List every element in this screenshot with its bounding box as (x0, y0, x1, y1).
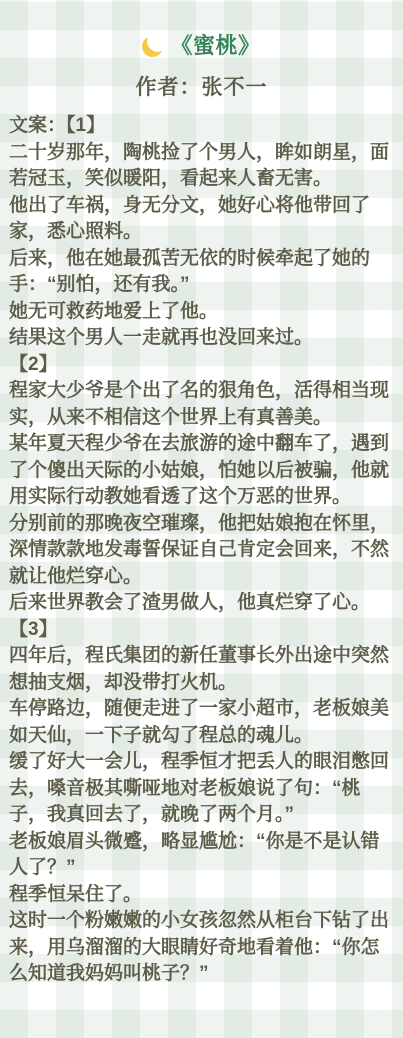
synopsis-paragraph: 分别前的那晚夜空璀璨，他把姑娘抱在怀里，深情款款地发毒誓保证自己肯定会回来，不然… (9, 511, 397, 591)
story-body: 文案：【1】 二十岁那年，陶桃捡了个男人，眸如朗星，面若冠玉，笑似暖阳，看起来人… (0, 113, 403, 988)
synopsis-paragraph: 文案：【1】 (9, 113, 397, 140)
synopsis-paragraph: 她无可救药地爱上了他。 (9, 299, 397, 326)
crescent-moon-icon (141, 34, 166, 59)
synopsis-paragraph: 结果这个男人一走就再也没回来过。 (9, 325, 397, 352)
author-line: 作者：张不一 (0, 74, 403, 102)
synopsis-paragraph: 某年夏天程少爷在去旅游的途中翻车了，遇到了个傻出天际的小姑娘，怕她以后被骗，他就… (9, 431, 397, 511)
synopsis-paragraph: 后来，他在她最孤苦无依的时候牵起了她的手：“别怕，还有我。” (9, 246, 397, 299)
synopsis-paragraph: 四年后，程氏集团的新任董事长外出途中突然想抽支烟，却没带打火机。 (9, 643, 397, 696)
story-page: 《蜜桃》 作者：张不一 文案：【1】 二十岁那年，陶桃捡了个男人，眸如朗星，面若… (0, 0, 403, 1038)
synopsis-paragraph: 他出了车祸，身无分文，她好心将他带回了家，悉心照料。 (9, 193, 397, 246)
synopsis-paragraph: 程家大少爷是个出了名的狠角色，活得相当现实，从来不相信这个世界上有真善美。 (9, 378, 397, 431)
novel-synopsis-page: { "theme": { "background_base": "#ffffff… (0, 0, 403, 1038)
synopsis-paragraph: 后来世界教会了渣男做人，他真烂穿了心。 (9, 590, 397, 617)
synopsis-paragraph: 缓了好大一会儿，程季恒才把丢人的眼泪憋回去，嗓音极其嘶哑地对老板娘说了句：“桃子… (9, 749, 397, 829)
synopsis-paragraph: 程季恒呆住了。 (9, 882, 397, 909)
section-marker: 【3】 (9, 617, 397, 644)
title-text: 《蜜桃》 (170, 33, 260, 58)
section-marker: 【2】 (9, 352, 397, 379)
page-title: 《蜜桃》 (0, 31, 403, 61)
synopsis-paragraph: 老板娘眉头微蹙，略显尴尬：“你是不是认错人了？” (9, 829, 397, 882)
synopsis-paragraph: 二十岁那年，陶桃捡了个男人，眸如朗星，面若冠玉，笑似暖阳，看起来人畜无害。 (9, 140, 397, 193)
synopsis-paragraph: 车停路边，随便走进了一家小超市，老板娘美如天仙，一下子就勾了程总的魂儿。 (9, 696, 397, 749)
synopsis-paragraph: 这时一个粉嫩嫩的小女孩忽然从柜台下钻了出来，用乌溜溜的大眼睛好奇地看着他：“你怎… (9, 908, 397, 988)
